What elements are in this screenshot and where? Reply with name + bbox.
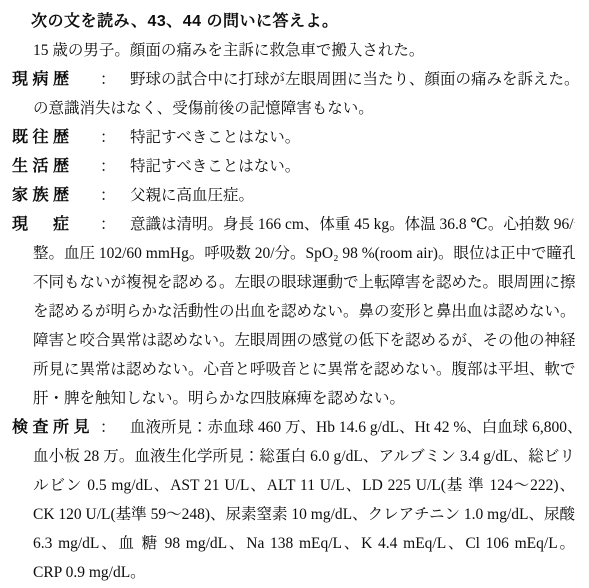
case-summary-line: 15 歳の男子。顔面の痛みを主訴に救急車で搬入された。: [33, 36, 575, 65]
text-line: 6.3 mg/dL、血 糖 98 mg/dL、Na 138 mEq/L、K 4.…: [33, 529, 575, 558]
section-heading-row: 家族歴 ： 父親に高血圧症。: [12, 181, 575, 210]
section-family-history: 家族歴 ： 父親に高血圧症。: [0, 181, 589, 210]
text-line: を認めるが明らかな活動性の出血を認めない。鼻の変形と鼻出血は認めない。開口: [33, 297, 575, 326]
text-line: CK 120 U/L(基準 59〜248)、尿素窒素 10 mg/dL、クレアチ…: [33, 500, 575, 529]
section-heading-row: 検査所見 ： 血液所見：赤血球 460 万、Hb 14.6 g/dL、Ht 42…: [12, 413, 575, 442]
text-line: ルビン 0.5 mg/dL、AST 21 U/L、ALT 11 U/L、LD 2…: [33, 471, 575, 500]
text-line: 血小板 28 万。血液生化学所見：総蛋白 6.0 g/dL、アルブミン 3.4 …: [33, 442, 575, 471]
section-lifestyle-history: 生活歴 ： 特記すべきことはない。: [0, 152, 589, 181]
text-line: 意識は清明。身長 166 cm、体重 45 kg。体温 36.8 ℃。心拍数 9…: [130, 210, 575, 239]
text-line: CRP 0.9 mg/dL。: [33, 558, 575, 587]
section-present-status: 現 症 ： 意識は清明。身長 166 cm、体重 45 kg。体温 36.8 ℃…: [0, 210, 589, 413]
section-label: 既往歴: [12, 123, 96, 152]
section-colon: ：: [96, 413, 130, 442]
section-heading-row: 現 症 ： 意識は清明。身長 166 cm、体重 45 kg。体温 36.8 ℃…: [12, 210, 575, 239]
section-past-history: 既往歴 ： 特記すべきことはない。: [0, 123, 589, 152]
text-line: 野球の試合中に打球が左眼周囲に当たり、顔面の痛みを訴えた。受傷時: [130, 65, 575, 94]
section-label: 生活歴: [12, 152, 96, 181]
section-colon: ：: [96, 181, 130, 210]
text-line: 整。血圧 102/60 mmHg。呼吸数 20/分。SpO₂ 98 %(room…: [33, 239, 575, 268]
section-colon: ：: [96, 65, 130, 94]
section-label: 検査所見: [12, 413, 96, 442]
section-lab-findings: 検査所見 ： 血液所見：赤血球 460 万、Hb 14.6 g/dL、Ht 42…: [0, 413, 589, 587]
text-line: 父親に高血圧症。: [130, 181, 575, 210]
section-label: 現病歴: [12, 65, 96, 94]
section-heading-row: 生活歴 ： 特記すべきことはない。: [12, 152, 575, 181]
exam-case-document: 次の文を読み、43、44 の問いに答えよ。 15 歳の男子。顔面の痛みを主訴に救…: [0, 0, 589, 588]
section-heading-row: 既往歴 ： 特記すべきことはない。: [12, 123, 575, 152]
text-line: の意識消失はなく、受傷前後の記憶障害もない。: [33, 94, 575, 123]
text-line: 特記すべきことはない。: [130, 123, 575, 152]
text-line: 不同もないが複視を認める。左眼の眼球運動で上転障害を認めた。眼周囲に擦過傷: [33, 268, 575, 297]
section-colon: ：: [96, 152, 130, 181]
text-line: 特記すべきことはない。: [130, 152, 575, 181]
text-line: 障害と咬合異常は認めない。左眼周囲の感覚の低下を認めるが、その他の神経学的: [33, 326, 575, 355]
section-heading-row: 現病歴 ： 野球の試合中に打球が左眼周囲に当たり、顔面の痛みを訴えた。受傷時: [12, 65, 575, 94]
exam-instruction: 次の文を読み、43、44 の問いに答えよ。: [31, 7, 573, 36]
section-colon: ：: [96, 123, 130, 152]
text-line: 血液所見：赤血球 460 万、Hb 14.6 g/dL、Ht 42 %、白血球 …: [130, 413, 575, 442]
section-label: 現 症: [12, 210, 96, 239]
section-colon: ：: [96, 210, 130, 239]
text-line: 所見に異常は認めない。心音と呼吸音とに異常を認めない。腹部は平坦、軟で、: [33, 355, 575, 384]
section-label: 家族歴: [12, 181, 96, 210]
text-line: 肝・脾を触知しない。明らかな四肢麻痺を認めない。: [33, 384, 575, 413]
section-present-illness: 現病歴 ： 野球の試合中に打球が左眼周囲に当たり、顔面の痛みを訴えた。受傷時 の…: [0, 65, 589, 123]
